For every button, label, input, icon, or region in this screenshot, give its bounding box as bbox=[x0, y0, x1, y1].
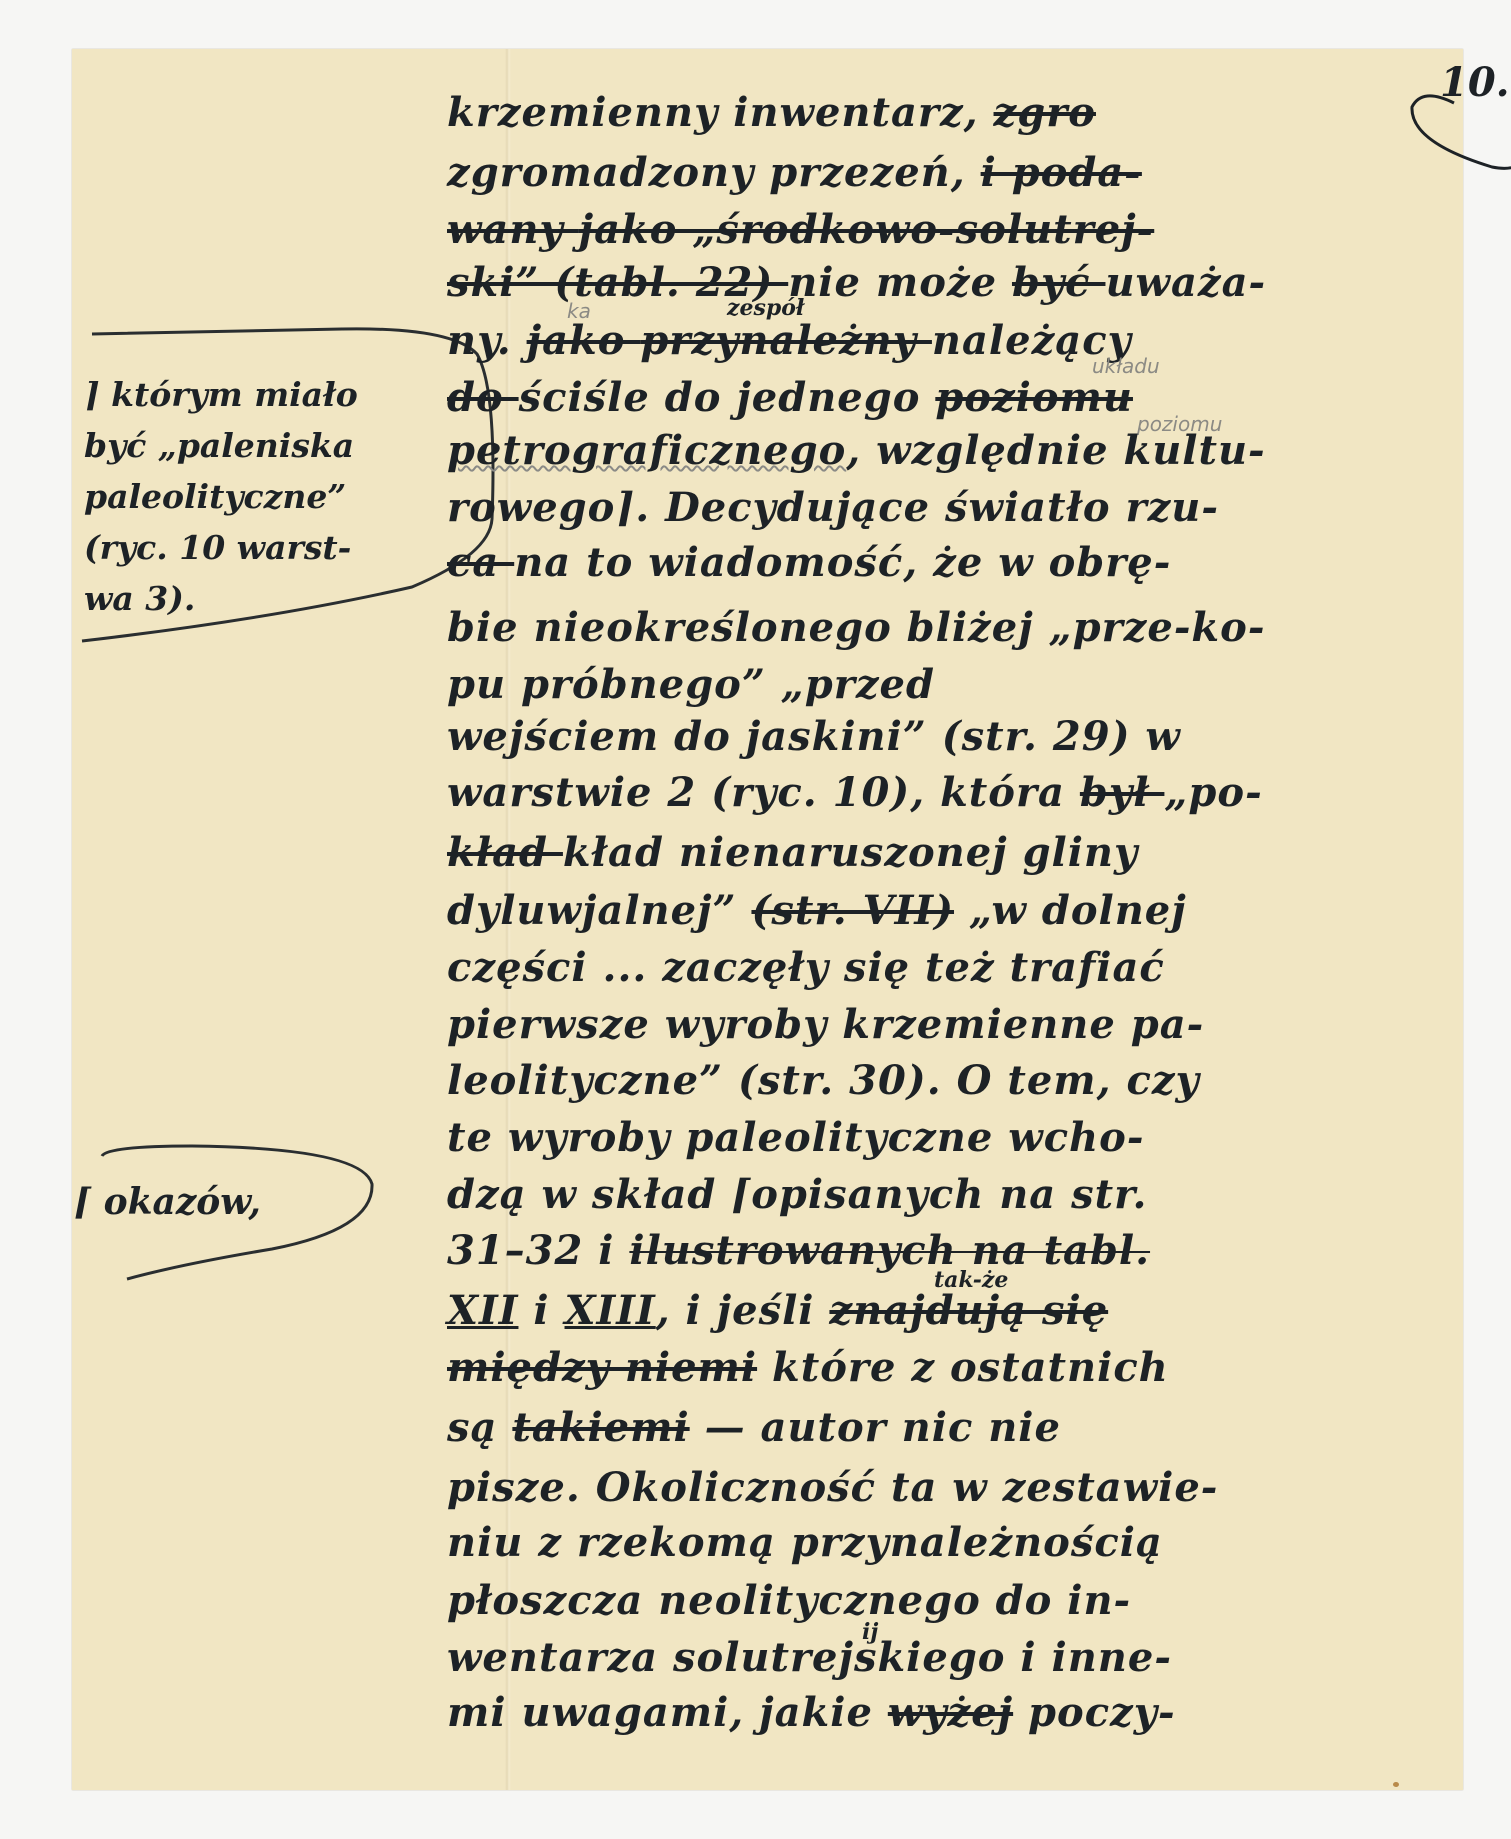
text-segment: pu próbnego” „przed bbox=[447, 661, 935, 708]
text-segment: które z ostatnich bbox=[757, 1344, 1169, 1391]
struck-text: znajdują się bbox=[829, 1287, 1108, 1334]
text-segment: kład nienaruszonej gliny bbox=[563, 829, 1138, 876]
struck-text: jako bbox=[527, 317, 641, 364]
text-segment: płoszcza bbox=[447, 1577, 658, 1624]
text-segment: ściśle do jednego bbox=[519, 374, 936, 421]
text-segment: mi uwagami, jakie bbox=[447, 1689, 888, 1736]
text-segment: zgromadzony przezeń, bbox=[447, 149, 981, 196]
text-segment: — autor nic nie bbox=[690, 1404, 1061, 1451]
text-segment: są bbox=[447, 1404, 512, 1451]
struck-text: być bbox=[1012, 259, 1106, 306]
text-line: ny. jako przynależny należący bbox=[447, 317, 1132, 365]
underlined-text: XIII bbox=[565, 1287, 656, 1334]
text-line: te wyroby paleolityczne wcho- bbox=[447, 1114, 1144, 1162]
struck-text: i poda- bbox=[981, 149, 1142, 196]
struck-text: wany bbox=[447, 206, 579, 253]
text-line: krzemienny inwentarz, zgro bbox=[447, 89, 1096, 137]
text-line: dyluwjalnej” (str. VII) „w dolnej bbox=[447, 887, 1187, 935]
text-line: kład kład nienaruszonej gliny bbox=[447, 829, 1138, 877]
text-line: warstwie 2 (ryc. 10), która był „po- bbox=[447, 769, 1263, 817]
text-line: rowego⌉. Decydujące światło rzu- bbox=[447, 484, 1219, 532]
text-segment: , względnie kultu- bbox=[846, 427, 1265, 474]
text-segment: rowego⌉. bbox=[447, 484, 665, 531]
text-line: pisze. Okoliczność ta w zestawie- bbox=[447, 1464, 1218, 1512]
text-segment: dzą w skład ⌈opisanych na str. bbox=[447, 1171, 1147, 1218]
text-line: wentarza solutrejskiego i inne- bbox=[447, 1634, 1172, 1682]
text-segment: uważa- bbox=[1105, 259, 1266, 306]
text-segment: bie nieokreślonego bliżej „prze-ko- bbox=[447, 604, 1265, 651]
text-line: petrograficznego, względnie kultu- bbox=[447, 427, 1266, 475]
text-segment: 31–32 i bbox=[447, 1227, 629, 1274]
struck-text: petrograficznego bbox=[447, 427, 846, 474]
text-line: do ściśle do jednego poziomu bbox=[447, 374, 1133, 422]
text-line: pierwsze wyroby krzemienne pa- bbox=[447, 1001, 1204, 1049]
text-segment: , i jeśli bbox=[656, 1287, 830, 1334]
text-segment: wentarza solutrejskiego i inne- bbox=[447, 1634, 1172, 1681]
text-segment: leolityczne” (str. 30). O tem, czy bbox=[447, 1057, 1200, 1104]
struck-text: do bbox=[447, 374, 519, 421]
struck-text: był bbox=[1080, 769, 1165, 816]
margin-note-1: ⌉ którym miało być „paleniska paleolityc… bbox=[84, 369, 358, 624]
text-segment: pierwsze wyroby krzemienne pa- bbox=[447, 1001, 1204, 1048]
text-segment: Okoliczność ta w zestawie- bbox=[596, 1464, 1219, 1511]
text-line: XII i XIII, i jeśli znajdują się bbox=[447, 1287, 1108, 1335]
text-segment: „po- bbox=[1164, 769, 1262, 816]
text-segment: na to wiadomość, że w obrę- bbox=[514, 539, 1171, 586]
margin-note-1-line: być „paleniska bbox=[84, 420, 358, 471]
text-line: wany jako „środkowo-solutrej- bbox=[447, 206, 1154, 254]
text-segment: ny. bbox=[447, 317, 527, 364]
paper-stain bbox=[1393, 1782, 1399, 1787]
text-segment: neolitycznego do in- bbox=[658, 1577, 1131, 1624]
text-segment: wejściem do jaskini” (str. 29) w bbox=[447, 713, 1181, 760]
struck-text: (str. VII) bbox=[751, 887, 954, 934]
page-number: 10. bbox=[1440, 59, 1510, 106]
struck-text: ilustrowanych na tabl. bbox=[629, 1227, 1150, 1274]
text-line: ca na to wiadomość, że w obrę- bbox=[447, 539, 1171, 587]
text-line: pu próbnego” „przed bbox=[447, 661, 935, 709]
text-line: są takiemi — autor nic nie bbox=[447, 1404, 1061, 1452]
text-line: mi uwagami, jakie wyżej poczy- bbox=[447, 1689, 1176, 1737]
text-segment: niu z rzekomą przynależnością bbox=[447, 1519, 1163, 1566]
text-segment: i bbox=[518, 1287, 564, 1334]
text-line: wejściem do jaskini” (str. 29) w bbox=[447, 713, 1181, 761]
text-line: między niemi które z ostatnich bbox=[447, 1344, 1169, 1392]
text-segment: nie może bbox=[788, 259, 1012, 306]
text-line: niu z rzekomą przynależnością bbox=[447, 1519, 1163, 1567]
text-segment: dyluwjalnej” bbox=[447, 887, 751, 934]
text-segment: te wyroby paleolityczne wcho- bbox=[447, 1114, 1144, 1161]
margin-note-2-line: ⌈ okazów, bbox=[74, 1177, 261, 1228]
text-segment: Decydujące światło rzu- bbox=[665, 484, 1219, 531]
text-segment: poczy- bbox=[1013, 1689, 1176, 1736]
text-line: dzą w skład ⌈opisanych na str. bbox=[447, 1171, 1147, 1219]
struck-text: kład bbox=[447, 829, 563, 876]
text-segment: krzemienny inwentarz, bbox=[447, 89, 994, 136]
text-segment: pisze. bbox=[447, 1464, 596, 1511]
margin-note-1-line: ⌉ którym miało bbox=[84, 369, 358, 420]
text-line: bie nieokreślonego bliżej „prze-ko- bbox=[447, 604, 1265, 652]
margin-note-1-line: paleolityczne” bbox=[84, 471, 358, 522]
underlined-text: XII bbox=[447, 1287, 518, 1334]
struck-text: poziomu bbox=[935, 374, 1133, 421]
text-segment: warstwie 2 (ryc. 10), która bbox=[447, 769, 1080, 816]
margin-note-2: ⌈ okazów, bbox=[74, 1177, 261, 1228]
struck-text: ca bbox=[447, 539, 514, 586]
text-line: części ... zaczęły się też trafiać bbox=[447, 944, 1165, 992]
text-line: zgromadzony przezeń, i poda- bbox=[447, 149, 1142, 197]
margin-note-1-line: (ryc. 10 warst- bbox=[84, 522, 358, 573]
manuscript-page: 10. ⌉ którym miało być „paleniska paleol… bbox=[72, 49, 1463, 1790]
margin-note-1-line: wa 3). bbox=[84, 573, 358, 624]
text-segment: „w dolnej bbox=[954, 887, 1187, 934]
struck-text: przynależny bbox=[640, 317, 932, 364]
struck-text: jako „środkowo-solutrej- bbox=[579, 206, 1155, 253]
struck-text: między niemi bbox=[447, 1344, 757, 1391]
text-line: 31–32 i ilustrowanych na tabl. bbox=[447, 1227, 1150, 1275]
text-segment: części ... zaczęły się też trafiać bbox=[447, 944, 1165, 991]
text-line: leolityczne” (str. 30). O tem, czy bbox=[447, 1057, 1200, 1105]
struck-text: wyżej bbox=[888, 1689, 1013, 1736]
struck-text: takiemi bbox=[512, 1404, 689, 1451]
struck-text: zgro bbox=[994, 89, 1096, 136]
text-line: płoszcza neolitycznego do in- bbox=[447, 1577, 1131, 1625]
